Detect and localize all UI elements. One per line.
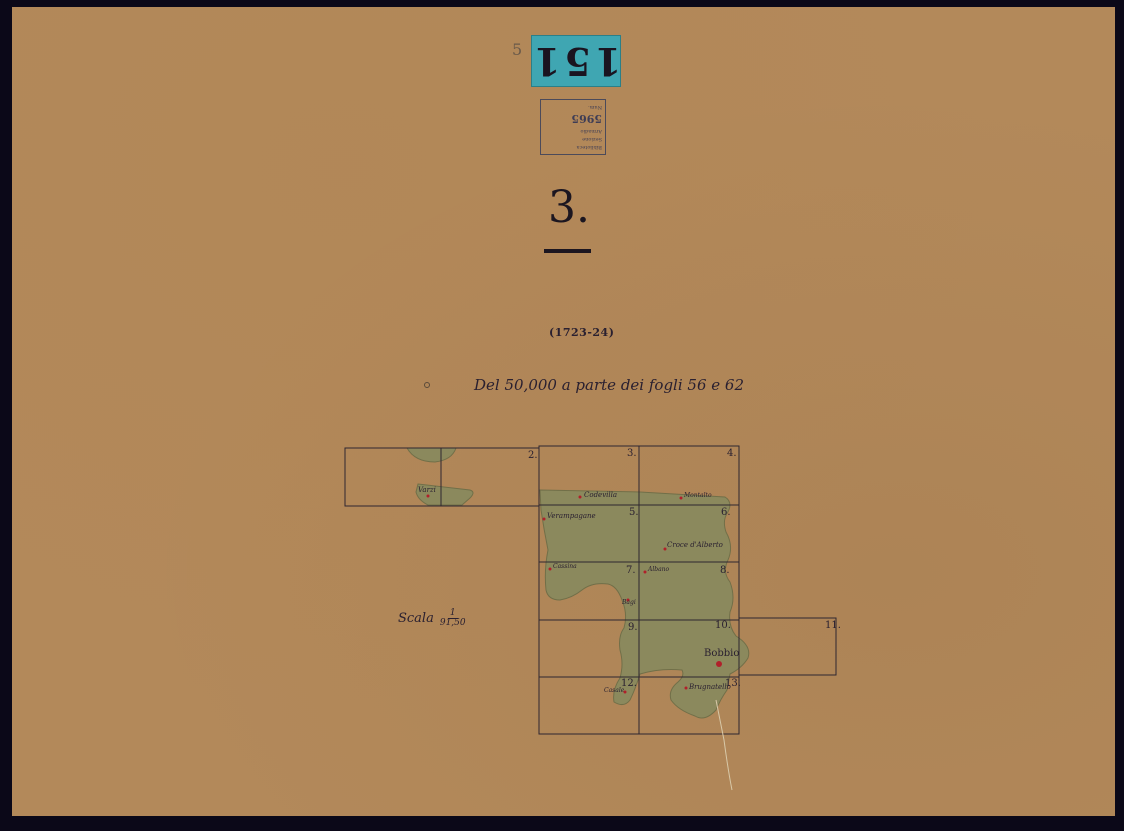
cell-label-5: 5. [629,507,639,518]
place-dot-croce [664,548,667,551]
cell-label-4: 4. [727,448,737,459]
cell-label-6: 6. [721,507,731,518]
paper-tear [716,700,732,790]
place-dot-montalto [680,497,683,500]
cell-label-7: 7. [626,565,636,576]
place-dot-varzi [427,495,430,498]
place-dot-albano [644,571,647,574]
cell-label-12: 12. [621,678,637,689]
cell-label-11: 11. [825,620,841,631]
place-dot-cassina [549,568,552,571]
grid-cell-11 [739,618,836,675]
cell-label-2: 2. [528,450,538,461]
place-dot-codevilla [579,496,582,499]
cell-label-13: 13. [725,678,741,689]
place-dot-casale [624,691,627,694]
territory-fragment-north [407,448,456,462]
place-dot-brugnatello [685,687,688,690]
place-dot-bobbio [716,661,722,667]
place-dot-bagi [627,599,630,602]
cell-label-10: 10. [715,620,731,631]
territory-fragment-varzi [416,484,473,505]
cell-label-3: 3. [627,448,637,459]
place-dot-verampagane [543,518,546,521]
index-map: 2. 3. 4. 5. 6. 7. 8. 9. 10. 11. 12. 13. [0,0,1124,831]
territory-main [540,490,749,718]
cell-label-8: 8. [720,565,730,576]
cell-label-9: 9. [628,622,638,633]
